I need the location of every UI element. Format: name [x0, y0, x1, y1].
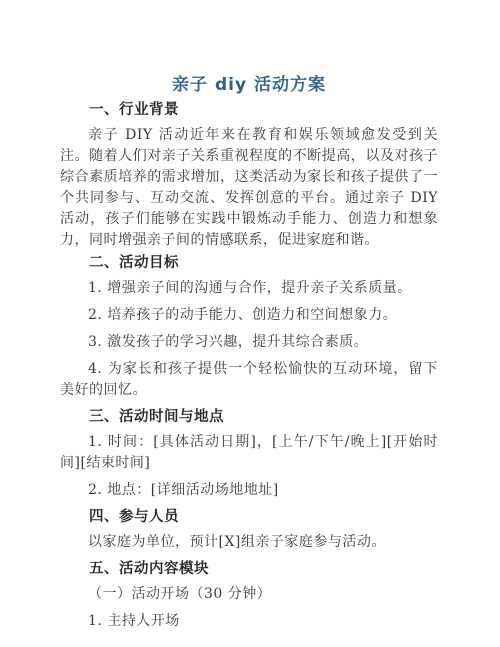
document-title: 亲子 diy 活动方案	[60, 74, 438, 96]
section-paragraph-industry-background: 亲子 DIY 活动近年来在教育和娱乐领域愈发受到关注。随着人们对亲子关系重视程度…	[60, 125, 438, 251]
section-heading-participants: 四、参与人员	[60, 507, 438, 528]
section-heading-time-and-place: 三、活动时间与地点	[60, 407, 438, 428]
list-item: 以家庭为单位，预计[X]组亲子家庭参与活动。	[60, 532, 438, 553]
section-heading-content-modules: 五、活动内容模块	[60, 559, 438, 580]
list-item: 1. 主持人开场	[60, 611, 438, 632]
list-item: 4. 为家长和孩子提供一个轻松愉快的互动环境，留下美好的回忆。	[60, 359, 438, 401]
section-content-modules: 五、活动内容模块 （一）活动开场（30 分钟） 1. 主持人开场	[60, 559, 438, 632]
section-industry-background: 一、行业背景 亲子 DIY 活动近年来在教育和娱乐领域愈发受到关注。随着人们对亲…	[60, 100, 438, 251]
list-item: （一）活动开场（30 分钟）	[60, 584, 438, 605]
list-item: 2. 地点：[详细活动场地地址]	[60, 480, 438, 501]
list-item: 1. 增强亲子间的沟通与合作，提升亲子关系质量。	[60, 278, 438, 299]
list-item: 2. 培养孩子的动手能力、创造力和空间想象力。	[60, 305, 438, 326]
section-heading-industry-background: 一、行业背景	[60, 100, 438, 121]
section-time-and-place: 三、活动时间与地点 1. 时间：[具体活动日期]，[上午/下午/晚上][开始时间…	[60, 407, 438, 501]
list-item: 3. 激发孩子的学习兴趣，提升其综合素质。	[60, 332, 438, 353]
section-participants: 四、参与人员 以家庭为单位，预计[X]组亲子家庭参与活动。	[60, 507, 438, 553]
section-activity-goals: 二、活动目标 1. 增强亲子间的沟通与合作，提升亲子关系质量。 2. 培养孩子的…	[60, 253, 438, 401]
list-item: 1. 时间：[具体活动日期]，[上午/下午/晚上][开始时间][结束时间]	[60, 432, 438, 474]
document-page: 亲子 diy 活动方案 一、行业背景 亲子 DIY 活动近年来在教育和娱乐领域愈…	[0, 0, 500, 647]
section-heading-activity-goals: 二、活动目标	[60, 253, 438, 274]
